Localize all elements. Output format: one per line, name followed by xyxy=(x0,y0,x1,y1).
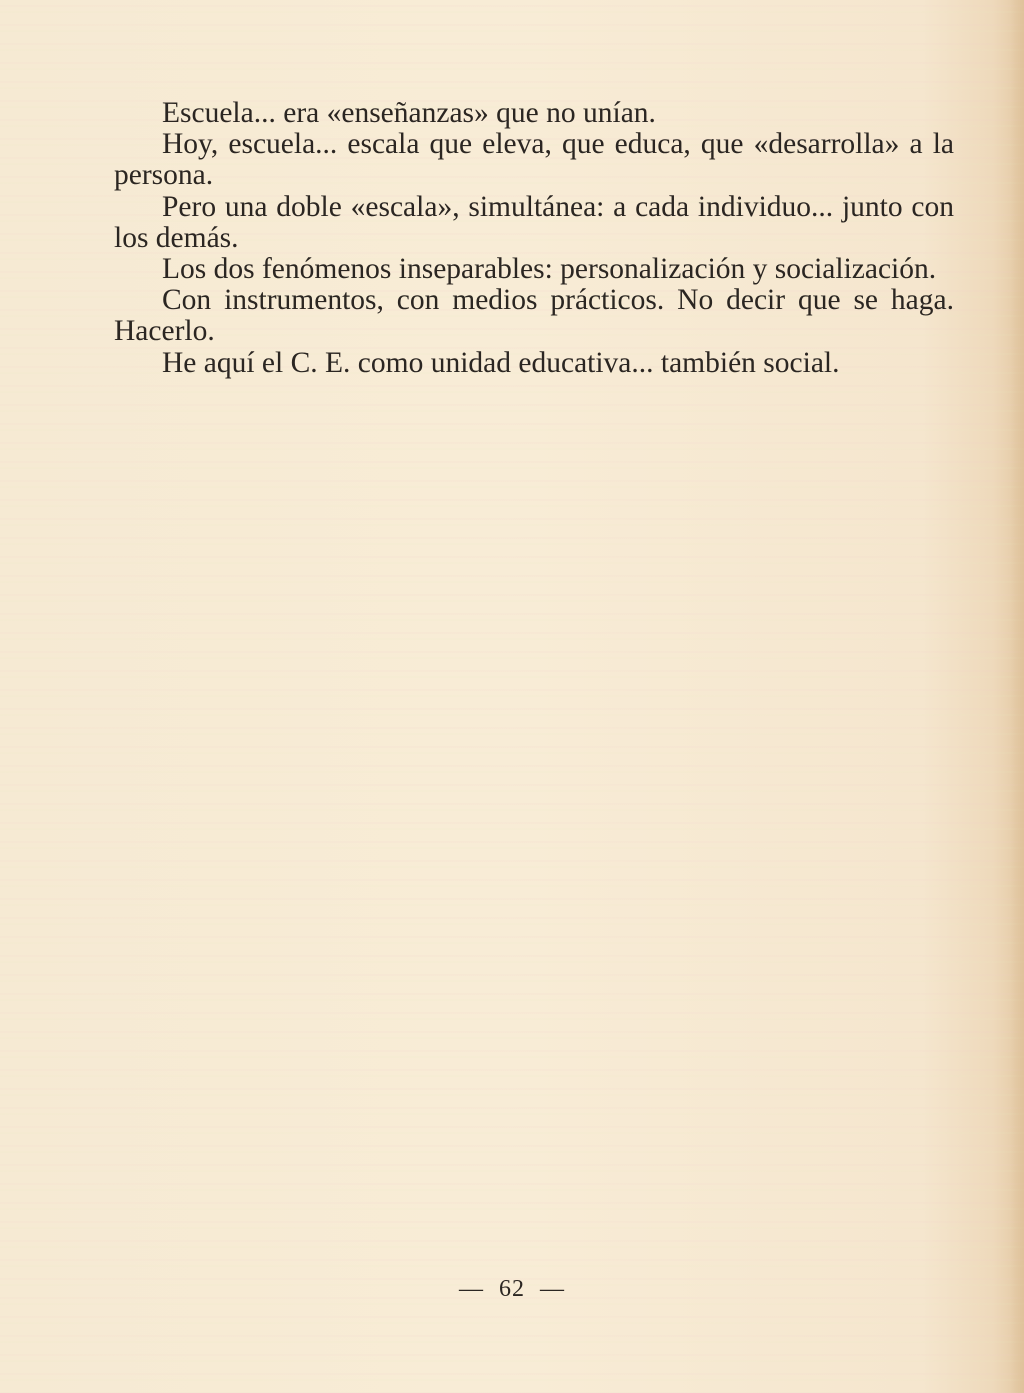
paragraph-5: Con instrumentos, con medios prácticos. … xyxy=(114,285,954,347)
paragraph-1: Escuela... era «enseñanzas» que no unían… xyxy=(114,98,954,129)
paragraph-2: Hoy, escuela... escala que eleva, que ed… xyxy=(114,129,954,191)
page-edge-shadow xyxy=(1010,0,1024,1393)
paragraph-6: He aquí el C. E. como unidad educativa..… xyxy=(114,348,954,379)
body-text: Escuela... era «enseñanzas» que no unían… xyxy=(114,98,954,379)
page-number-footer: — 62 — xyxy=(0,1276,1024,1303)
folio-dash-left: — xyxy=(459,1276,484,1303)
page-number: 62 xyxy=(499,1276,525,1303)
folio-dash-right: — xyxy=(540,1276,565,1303)
paragraph-3: Pero una doble «escala», simultánea: a c… xyxy=(114,192,954,254)
paragraph-4: Los dos fenómenos inseparables: personal… xyxy=(114,254,954,285)
book-page: Escuela... era «enseñanzas» que no unían… xyxy=(0,0,1024,1393)
